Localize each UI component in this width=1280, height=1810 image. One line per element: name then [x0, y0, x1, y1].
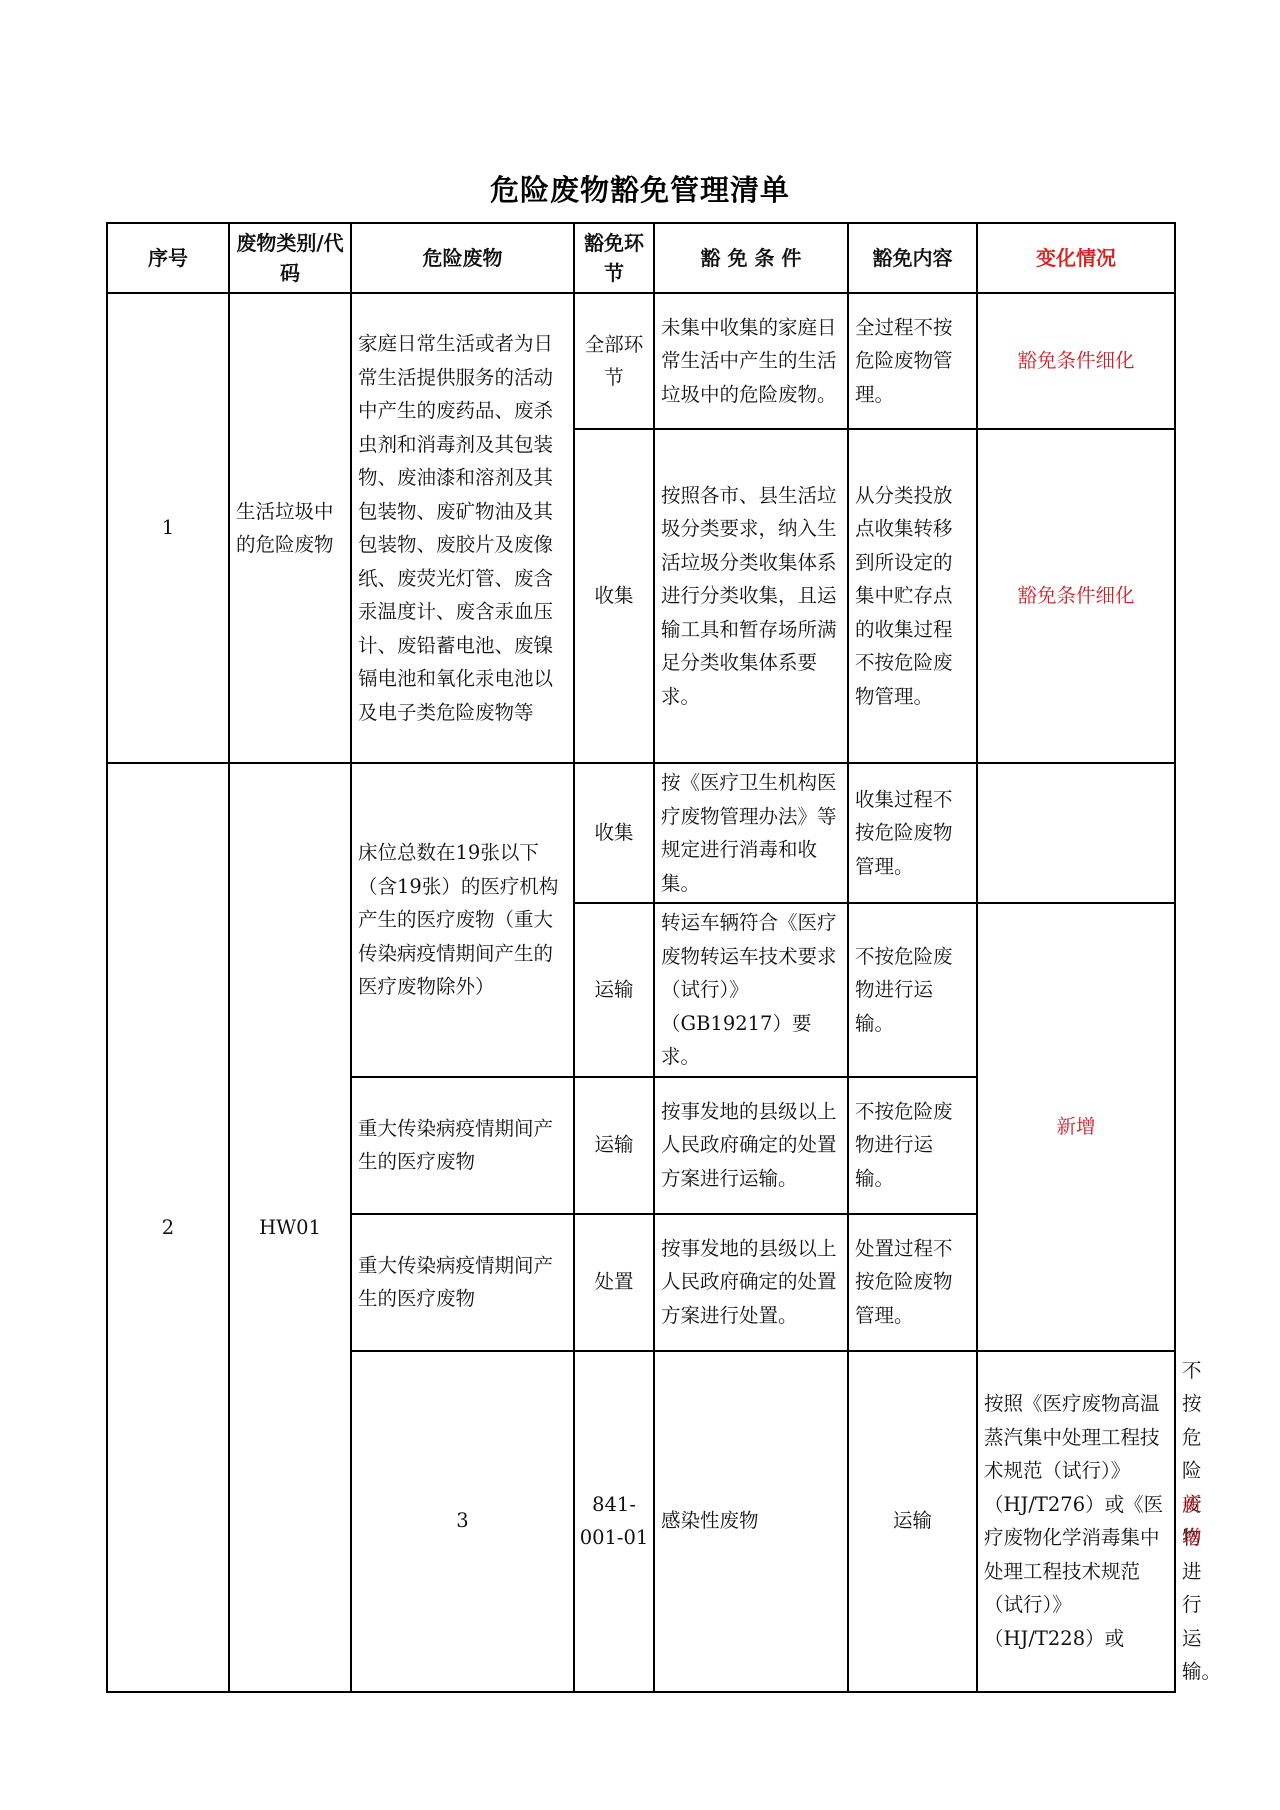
- header-condition: 豁 免 条 件: [654, 223, 848, 293]
- row-content: 不按危险废物进行运输。: [848, 903, 977, 1077]
- row-seq: 2: [107, 763, 229, 1692]
- row-change: 新增: [977, 903, 1175, 1351]
- row-condition: 转运车辆符合《医疗废物转运车技术要求（试行）》（GB19217）要求。: [654, 903, 848, 1077]
- row-stage: 处置: [574, 1214, 654, 1351]
- row-content: 收集过程不按危险废物管理。: [848, 763, 977, 903]
- row-change: 豁免条件细化: [977, 293, 1175, 429]
- row-condition: 按事发地的县级以上人民政府确定的处置方案进行处置。: [654, 1214, 848, 1351]
- row-stage: 运输: [574, 1077, 654, 1214]
- header-stage: 豁免环节: [574, 223, 654, 293]
- header-category: 废物类别/代码: [229, 223, 351, 293]
- row-content: 不按危险废物进行运输。: [848, 1077, 977, 1214]
- row-waste: 床位总数在19张以下（含19张）的医疗机构产生的医疗废物（重大传染病疫情期间产生…: [351, 763, 574, 1077]
- page-title: 危险废物豁免管理清单: [0, 168, 1280, 209]
- row-stage: 运输: [574, 903, 654, 1077]
- exemption-table: 序号 废物类别/代码 危险废物 豁免环节 豁 免 条 件 豁免内容 变化情况 1…: [106, 222, 1176, 1693]
- header-waste: 危险废物: [351, 223, 574, 293]
- row-change: 豁免条件细化: [977, 429, 1175, 763]
- row-waste: 感染性废物: [654, 1351, 848, 1692]
- row-condition: 按照各市、县生活垃圾分类要求，纳入生活垃圾分类收集体系进行分类收集，且运输工具和…: [654, 429, 848, 763]
- header-change: 变化情况: [977, 223, 1175, 293]
- row-category: HW01: [229, 763, 351, 1692]
- row-condition: 按照《医疗废物高温蒸汽集中处理工程技术规范（试行）》（HJ/T276）或《医疗废…: [977, 1351, 1175, 1692]
- row-condition: 按事发地的县级以上人民政府确定的处置方案进行运输。: [654, 1077, 848, 1214]
- row-waste: 重大传染病疫情期间产生的医疗废物: [351, 1214, 574, 1351]
- row-content: 从分类投放点收集转移到所设定的集中贮存点的收集过程不按危险废物管理。: [848, 429, 977, 763]
- row-stage: 运输: [848, 1351, 977, 1692]
- row-waste: 重大传染病疫情期间产生的医疗废物: [351, 1077, 574, 1214]
- row-content: 处置过程不按危险废物管理。: [848, 1214, 977, 1351]
- header-row: 序号 废物类别/代码 危险废物 豁免环节 豁 免 条 件 豁免内容 变化情况: [107, 223, 1175, 293]
- header-seq: 序号: [107, 223, 229, 293]
- row-waste: 家庭日常生活或者为日常生活提供服务的活动中产生的废药品、废杀虫剂和消毒剂及其包装…: [351, 293, 574, 763]
- row-change-empty: [977, 763, 1175, 903]
- row-seq: 3: [351, 1351, 574, 1692]
- row-condition: 按《医疗卫生机构医疗废物管理办法》等规定进行消毒和收集。: [654, 763, 848, 903]
- row-stage: 收集: [574, 763, 654, 903]
- table-row: 2 HW01 床位总数在19张以下（含19张）的医疗机构产生的医疗废物（重大传染…: [107, 763, 1175, 903]
- row-content: 全过程不按危险废物管理。: [848, 293, 977, 429]
- table-row: 1 生活垃圾中的危险废物 家庭日常生活或者为日常生活提供服务的活动中产生的废药品…: [107, 293, 1175, 429]
- row-category: 841-001-01: [574, 1351, 654, 1692]
- row-stage: 全部环节: [574, 293, 654, 429]
- row-seq: 1: [107, 293, 229, 763]
- row-category: 生活垃圾中的危险废物: [229, 293, 351, 763]
- header-content: 豁免内容: [848, 223, 977, 293]
- row-stage: 收集: [574, 429, 654, 763]
- row-condition: 未集中收集的家庭日常生活中产生的生活垃圾中的危险废物。: [654, 293, 848, 429]
